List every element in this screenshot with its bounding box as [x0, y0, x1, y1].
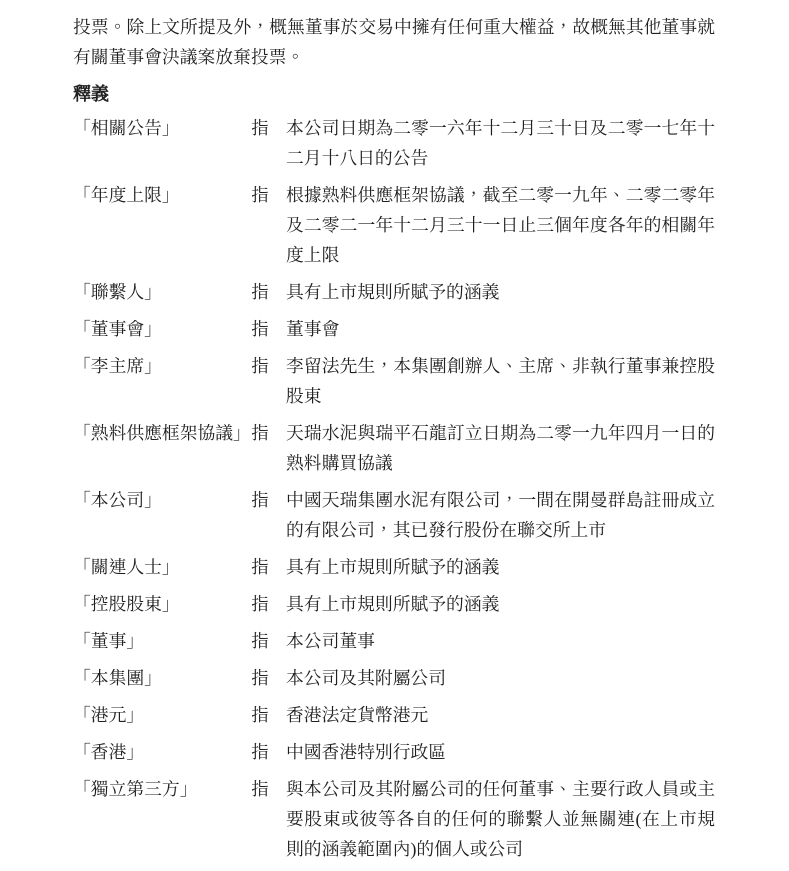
definition-row: 「控股股東」 指 具有上市規則所賦予的涵義	[73, 589, 715, 619]
definition-connector: 指	[251, 626, 286, 656]
definition-connector: 指	[251, 113, 286, 143]
definition-term: 「李主席」	[73, 351, 251, 381]
definitions-heading: 釋義	[73, 79, 715, 109]
definition-term: 「本集團」	[73, 663, 251, 693]
definitions-list: 「相關公告」 指 本公司日期為二零一六年十二月三十日及二零一七年十二月十八日的公…	[73, 113, 715, 864]
definition-connector: 指	[251, 277, 286, 307]
definition-connector: 指	[251, 485, 286, 515]
definition-term: 「港元」	[73, 700, 251, 730]
definition-text: 與本公司及其附屬公司的任何董事、主要行政人員或主要股東或彼等各自的任何的聯繫人並…	[286, 774, 715, 864]
definition-connector: 指	[251, 700, 286, 730]
definition-row: 「年度上限」 指 根據熟料供應框架協議，截至二零一九年、二零二零年及二零二一年十…	[73, 180, 715, 270]
definition-text: 中國香港特別行政區	[286, 737, 715, 767]
definition-row: 「聯繫人」 指 具有上市規則所賦予的涵義	[73, 277, 715, 307]
definition-row: 「董事」 指 本公司董事	[73, 626, 715, 656]
definition-text: 董事會	[286, 314, 715, 344]
definition-term: 「本公司」	[73, 485, 251, 515]
definition-row: 「港元」 指 香港法定貨幣港元	[73, 700, 715, 730]
definition-connector: 指	[251, 314, 286, 344]
definition-text: 香港法定貨幣港元	[286, 700, 715, 730]
definition-term: 「關連人士」	[73, 552, 251, 582]
definition-connector: 指	[251, 418, 286, 448]
definition-row: 「李主席」 指 李留法先生，本集團創辦人、主席、非執行董事兼控股股東	[73, 351, 715, 411]
definition-term: 「熟料供應框架協議」	[73, 418, 251, 448]
definition-term: 「年度上限」	[73, 180, 251, 210]
definition-term: 「獨立第三方」	[73, 774, 251, 804]
definition-text: 具有上市規則所賦予的涵義	[286, 589, 715, 619]
definition-text: 根據熟料供應框架協議，截至二零一九年、二零二零年及二零二一年十二月三十一日止三個…	[286, 180, 715, 270]
definition-connector: 指	[251, 663, 286, 693]
definition-term: 「董事會」	[73, 314, 251, 344]
definition-connector: 指	[251, 351, 286, 381]
definition-row: 「熟料供應框架協議」 指 天瑞水泥與瑞平石龍訂立日期為二零一九年四月一日的熟料購…	[73, 418, 715, 478]
definition-row: 「董事會」 指 董事會	[73, 314, 715, 344]
definition-text: 具有上市規則所賦予的涵義	[286, 277, 715, 307]
definition-row: 「相關公告」 指 本公司日期為二零一六年十二月三十日及二零一七年十二月十八日的公…	[73, 113, 715, 173]
definition-row: 「獨立第三方」 指 與本公司及其附屬公司的任何董事、主要行政人員或主要股東或彼等…	[73, 774, 715, 864]
definition-text: 本公司及其附屬公司	[286, 663, 715, 693]
definition-row: 「香港」 指 中國香港特別行政區	[73, 737, 715, 767]
definition-connector: 指	[251, 774, 286, 804]
definition-text: 天瑞水泥與瑞平石龍訂立日期為二零一九年四月一日的熟料購買協議	[286, 418, 715, 478]
definition-text: 具有上市規則所賦予的涵義	[286, 552, 715, 582]
definition-row: 「本公司」 指 中國天瑞集團水泥有限公司，一間在開曼群島註冊成立的有限公司，其已…	[73, 485, 715, 545]
definition-text: 李留法先生，本集團創辦人、主席、非執行董事兼控股股東	[286, 351, 715, 411]
definition-connector: 指	[251, 737, 286, 767]
definition-text: 本公司董事	[286, 626, 715, 656]
definition-connector: 指	[251, 180, 286, 210]
definition-row: 「本集團」 指 本公司及其附屬公司	[73, 663, 715, 693]
definition-term: 「聯繫人」	[73, 277, 251, 307]
definition-term: 「相關公告」	[73, 113, 251, 143]
definition-text: 本公司日期為二零一六年十二月三十日及二零一七年十二月十八日的公告	[286, 113, 715, 173]
definition-connector: 指	[251, 552, 286, 582]
definition-term: 「董事」	[73, 626, 251, 656]
document-page: 投票。除上文所提及外，概無董事於交易中擁有任何重大權益，故概無其他董事就有關董事…	[0, 0, 789, 871]
definition-term: 「香港」	[73, 737, 251, 767]
intro-paragraph: 投票。除上文所提及外，概無董事於交易中擁有任何重大權益，故概無其他董事就有關董事…	[73, 12, 715, 72]
definition-text: 中國天瑞集團水泥有限公司，一間在開曼群島註冊成立的有限公司，其已發行股份在聯交所…	[286, 485, 715, 545]
definition-term: 「控股股東」	[73, 589, 251, 619]
definition-row: 「關連人士」 指 具有上市規則所賦予的涵義	[73, 552, 715, 582]
definition-connector: 指	[251, 589, 286, 619]
